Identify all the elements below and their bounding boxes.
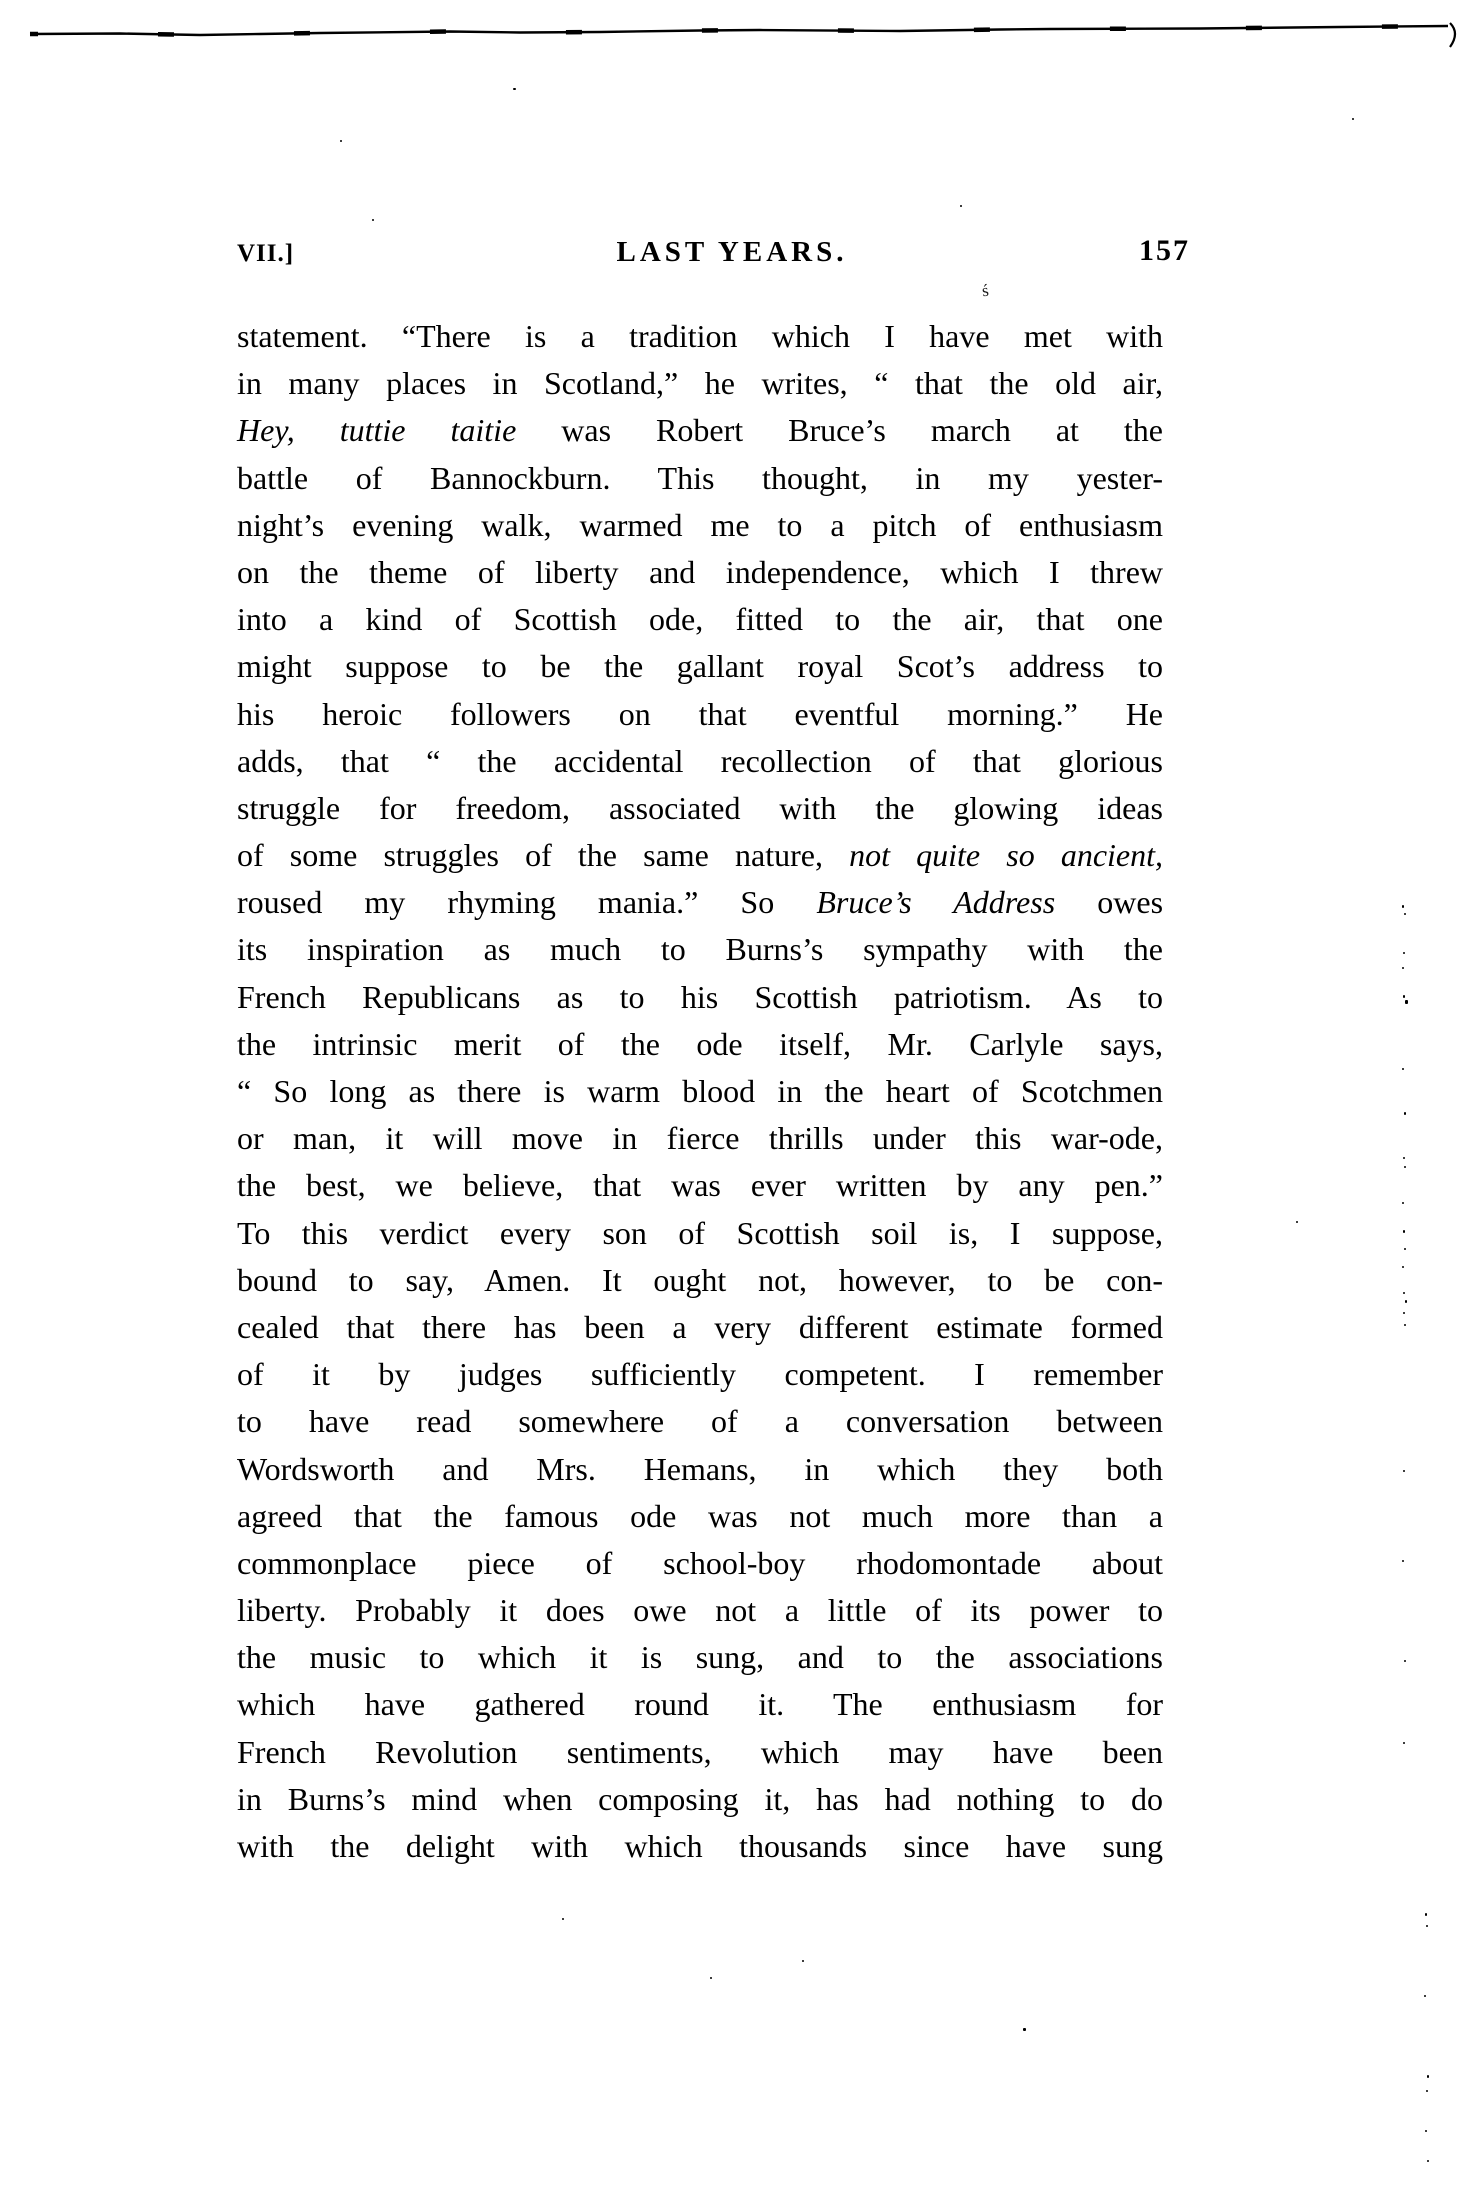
italic-text: not quite so ancient, (849, 837, 1163, 873)
text-line: in Burns’s mind when composing it, has h… (237, 1776, 1163, 1823)
scan-speck (1023, 2028, 1026, 2031)
body-text: in many places in Scotland,” he writes, … (237, 365, 1163, 401)
text-line: his heroic followers on that eventful mo… (237, 691, 1163, 738)
page-edge-scan-line (0, 0, 1464, 70)
text-line: commonplace piece of school-boy rhodomon… (237, 1540, 1163, 1587)
text-line: statement. “There is a tradition which I… (237, 313, 1163, 360)
body-text: of it by judges sufficiently competent. … (237, 1356, 1163, 1392)
body-text: into a kind of Scottish ode, fitted to t… (237, 601, 1163, 637)
scan-speck (1402, 1560, 1404, 1562)
body-text: French Republicans as to his Scottish pa… (237, 979, 1163, 1015)
text-line: to have read somewhere of a conversation… (237, 1398, 1163, 1445)
text-line: liberty. Probably it does owe not a litt… (237, 1587, 1163, 1634)
scan-speck (562, 1918, 564, 1920)
body-text: on the theme of liberty and independence… (237, 554, 1163, 590)
text-line: which have gathered round it. The enthus… (237, 1681, 1163, 1728)
scan-speck (802, 1960, 804, 1962)
scan-speck (1402, 1068, 1404, 1070)
scan-speck (1405, 1000, 1408, 1004)
body-text: “ So long as there is warm blood in the … (237, 1073, 1163, 1109)
scan-speck (513, 88, 516, 90)
text-line: French Revolution sentiments, which may … (237, 1729, 1163, 1776)
scan-speck (1405, 1300, 1407, 1303)
text-line: French Republicans as to his Scottish pa… (237, 974, 1163, 1021)
text-line: of some struggles of the same nature, no… (237, 832, 1163, 879)
text-line: struggle for freedom, associated with th… (237, 785, 1163, 832)
scan-speck (1403, 1157, 1405, 1159)
body-text: To this verdict every son of Scottish so… (237, 1215, 1163, 1251)
ink-artifact: ś (981, 281, 990, 302)
body-text: the intrinsic merit of the ode itself, M… (237, 1026, 1163, 1062)
text-line: its inspiration as much to Burns’s sympa… (237, 926, 1163, 973)
scan-speck (1296, 1221, 1298, 1223)
scan-speck (1402, 967, 1404, 969)
text-line: night’s evening walk, warmed me to a pit… (237, 502, 1163, 549)
body-text: the music to which it is sung, and to th… (237, 1639, 1163, 1675)
body-text: bound to say, Amen. It ought not, howeve… (237, 1262, 1163, 1298)
scan-speck (1427, 2075, 1429, 2078)
scan-speck (1427, 2160, 1429, 2162)
scan-speck (1403, 995, 1405, 998)
body-text: Wordsworth and Mrs. Hemans, in which the… (237, 1451, 1163, 1487)
scan-speck (340, 140, 342, 142)
text-line: into a kind of Scottish ode, fitted to t… (237, 596, 1163, 643)
scan-speck (1404, 1166, 1406, 1168)
running-head-title: LAST YEARS. (0, 236, 1464, 269)
text-line: Wordsworth and Mrs. Hemans, in which the… (237, 1446, 1163, 1493)
italic-text: Hey, tuttie taitie (237, 412, 516, 448)
scan-speck (1404, 1248, 1406, 1250)
body-text: its inspiration as much to Burns’s sympa… (237, 931, 1163, 967)
scan-speck (1404, 1112, 1406, 1115)
scan-speck (1426, 2090, 1428, 2092)
body-text: night’s evening walk, warmed me to a pit… (237, 507, 1163, 543)
body-text: cealed that there has been a very differ… (237, 1309, 1163, 1345)
body-text: which have gathered round it. The enthus… (237, 1686, 1163, 1722)
scan-speck (1403, 1312, 1405, 1314)
body-text: the best, we believe, that was ever writ… (237, 1167, 1163, 1203)
body-text: adds, that “ the accidental recollection… (237, 743, 1163, 779)
scan-speck (1403, 1742, 1405, 1744)
scan-speck (1352, 118, 1354, 120)
text-line: agreed that the famous ode was not much … (237, 1493, 1163, 1540)
scan-speck (1425, 1913, 1427, 1916)
scan-speck (710, 1977, 712, 1979)
scan-speck (1404, 1324, 1406, 1326)
body-text: French Revolution sentiments, which may … (237, 1734, 1163, 1770)
text-line: or man, it will move in fierce thrills u… (237, 1115, 1163, 1162)
page-number: 157 (1040, 234, 1190, 268)
text-line: roused my rhyming mania.” So Bruce’s Add… (237, 879, 1163, 926)
body-text: might suppose to be the gallant royal Sc… (237, 648, 1163, 684)
body-text: or man, it will move in fierce thrills u… (237, 1120, 1163, 1156)
body-text: his heroic followers on that eventful mo… (237, 696, 1163, 732)
scan-speck (1402, 1202, 1404, 1204)
text-line: with the delight with which thousands si… (237, 1823, 1163, 1870)
text-line: the music to which it is sung, and to th… (237, 1634, 1163, 1681)
scan-speck (1402, 1266, 1404, 1268)
body-text: roused my rhyming mania.” So (237, 884, 816, 920)
body-text: battle of Bannockburn. This thought, in … (237, 460, 1163, 496)
scan-speck (960, 205, 962, 207)
text-line: the best, we believe, that was ever writ… (237, 1162, 1163, 1209)
body-text: with the delight with which thousands si… (237, 1828, 1163, 1864)
book-page-scan: VII.] LAST YEARS. 157 ś statement. “Ther… (0, 0, 1464, 2200)
body-text: owes (1055, 884, 1163, 920)
body-text: was Robert Bruce’s march at the (516, 412, 1163, 448)
body-text: of some struggles of the same nature, (237, 837, 849, 873)
body-text: statement. “There is a tradition which I… (237, 318, 1163, 354)
body-text: struggle for freedom, associated with th… (237, 790, 1163, 826)
text-line: adds, that “ the accidental recollection… (237, 738, 1163, 785)
scan-speck (372, 219, 374, 221)
body-text: to have read somewhere of a conversation… (237, 1403, 1163, 1439)
body-text: liberty. Probably it does owe not a litt… (237, 1592, 1163, 1628)
text-line: To this verdict every son of Scottish so… (237, 1210, 1163, 1257)
scan-speck (1403, 1292, 1405, 1294)
italic-text: Bruce’s Address (816, 884, 1055, 920)
text-line: the intrinsic merit of the ode itself, M… (237, 1021, 1163, 1068)
text-line: “ So long as there is warm blood in the … (237, 1068, 1163, 1115)
scan-speck (1426, 1925, 1428, 1927)
body-text: agreed that the famous ode was not much … (237, 1498, 1163, 1534)
text-line: might suppose to be the gallant royal Sc… (237, 643, 1163, 690)
scan-speck (1424, 1995, 1426, 1997)
scan-speck (1402, 905, 1404, 908)
text-line: cealed that there has been a very differ… (237, 1304, 1163, 1351)
text-line: of it by judges sufficiently competent. … (237, 1351, 1163, 1398)
scan-speck (1404, 913, 1406, 915)
scan-speck (1425, 2130, 1427, 2132)
scan-speck (1403, 1230, 1405, 1233)
text-line: battle of Bannockburn. This thought, in … (237, 455, 1163, 502)
body-text: commonplace piece of school-boy rhodomon… (237, 1545, 1163, 1581)
text-block: statement. “There is a tradition which I… (237, 313, 1163, 1870)
text-line: in many places in Scotland,” he writes, … (237, 360, 1163, 407)
scan-speck (1403, 952, 1405, 954)
text-line: Hey, tuttie taitie was Robert Bruce’s ma… (237, 407, 1163, 454)
scan-speck (1403, 1470, 1405, 1472)
scan-speck (1404, 1660, 1406, 1662)
text-line: bound to say, Amen. It ought not, howeve… (237, 1257, 1163, 1304)
text-line: on the theme of liberty and independence… (237, 549, 1163, 596)
body-text: in Burns’s mind when composing it, has h… (237, 1781, 1163, 1817)
